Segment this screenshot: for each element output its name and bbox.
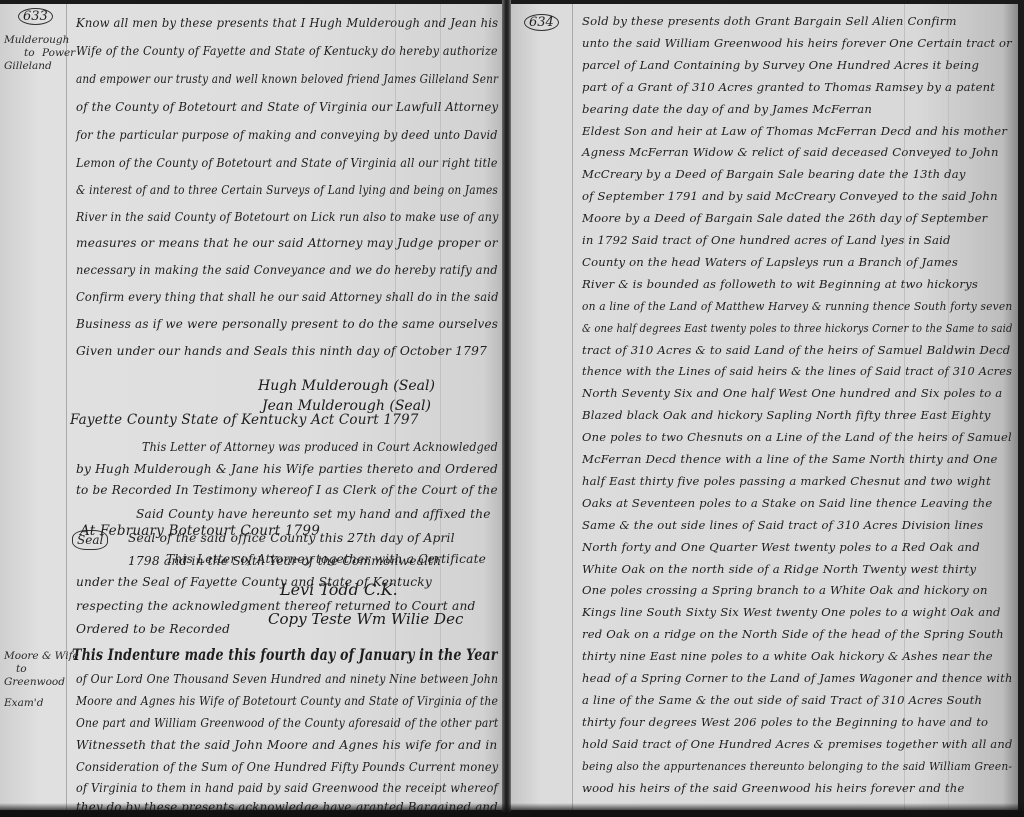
- text-line: Agness McFerran Widow & relict of said d…: [582, 145, 999, 159]
- text-line: McCreary by a Deed of Bargain Sale beari…: [582, 167, 966, 181]
- text-line: County on the head Waters of Lapsleys ru…: [582, 255, 958, 269]
- text-line: Sold by these presents doth Grant Bargai…: [582, 14, 957, 28]
- text-line: by Hugh Mulderough & Jane his Wife parti…: [76, 462, 498, 476]
- text-line: thirty nine East nine poles to a white O…: [582, 649, 993, 663]
- text-line: White Oak on the north side of a Ridge N…: [582, 562, 976, 576]
- text-line: being also the appurtenances thereunto b…: [582, 759, 1012, 773]
- text-line: This Letter of Attorney was produced in …: [142, 440, 498, 454]
- column-rule: [440, 4, 441, 810]
- text-line: red Oak on a ridge on the North Side of …: [582, 627, 1004, 641]
- text-line: and empower our trusty and well known be…: [76, 72, 498, 86]
- text-line: One part and William Greenwood of the Co…: [76, 716, 498, 730]
- text-line: hold Said tract of One Hundred Acres & p…: [582, 737, 1013, 751]
- text-line: & one half degrees East twenty poles to …: [582, 321, 1013, 335]
- text-line: North Seventy Six and One half West One …: [582, 386, 1002, 400]
- text-line: tract of 310 Acres & to said Land of the…: [582, 343, 1010, 357]
- text-line: of the County of Botetourt and State of …: [76, 100, 498, 114]
- text-line: head of a Spring Corner to the Land of J…: [582, 671, 1013, 685]
- text-line: Witnesseth that the said John Moore and …: [76, 738, 497, 752]
- text-line: parcel of Land Containing by Survey One …: [582, 58, 979, 72]
- margin-note-power-of-attorney: Mulderough to Power Gilleland: [4, 34, 75, 73]
- margin-note-line: Mulderough: [4, 34, 75, 47]
- text-line: Lemon of the County of Botetourt and Sta…: [76, 156, 498, 170]
- margin-note-line: Greenwood: [4, 676, 79, 689]
- signature-hugh: Hugh Mulderough (Seal): [258, 378, 435, 394]
- text-line: River in the said County of Botetourt on…: [76, 210, 499, 224]
- text-line: of Virginia to them in hand paid by said…: [76, 781, 498, 795]
- margin-note-line: Gilleland: [4, 60, 75, 73]
- court-heading: At February Botetourt Court 1799: [80, 523, 320, 539]
- text-line: Consideration of the Sum of One Hundred …: [76, 760, 498, 774]
- text-line: Kings line South Sixty Six West twenty O…: [582, 605, 1001, 619]
- text-line: half East thirty five poles passing a ma…: [582, 474, 991, 488]
- text-line: a line of the Same & the out side of sai…: [582, 693, 982, 707]
- text-line: bearing date the day of and by James McF…: [582, 102, 872, 116]
- text-line: wood his heirs of the said Greenwood his…: [582, 781, 965, 795]
- text-line: One poles to two Chesnuts on a Line of t…: [582, 430, 1012, 444]
- left-ledger-page: 633 Mulderough to Power Gilleland Moore …: [0, 4, 503, 810]
- text-line: of September 1791 and by said McCreary C…: [582, 189, 998, 203]
- certificate-heading: Fayette County State of Kentucky Act Cou…: [70, 412, 419, 428]
- book-gutter: [502, 0, 511, 817]
- text-line: measures or means that he our said Attor…: [76, 236, 498, 250]
- text-line: McFerran Decd thence with a line of the …: [582, 452, 998, 466]
- margin-note-line: to: [4, 663, 79, 676]
- text-line: Ordered to be Recorded: [76, 622, 230, 636]
- text-line: One poles crossing a Spring branch to a …: [582, 583, 988, 597]
- text-line: Blazed black Oak and hickory Sapling Nor…: [582, 408, 991, 422]
- text-line: on a line of the Land of Matthew Harvey …: [582, 299, 1012, 313]
- text-line: Said County have hereunto set my hand an…: [136, 507, 491, 521]
- text-line: Know all men by these presents that I Hu…: [76, 16, 498, 30]
- text-line: Moore by a Deed of Bargain Sale dated th…: [582, 211, 987, 225]
- text-line: necessary in making the said Conveyance …: [76, 263, 498, 277]
- text-line: under the Seal of Fayette County and Sta…: [76, 575, 432, 589]
- text-line: River & is bounded as followeth to wit B…: [582, 277, 978, 291]
- text-line: thence with the Lines of said heirs & th…: [582, 364, 1012, 378]
- text-line: to be Recorded In Testimony whereof I as…: [76, 483, 498, 497]
- margin-note-line: Exam'd: [4, 697, 79, 710]
- page-number: 634: [524, 14, 559, 31]
- text-line: Given under our hands and Seals this nin…: [76, 344, 487, 358]
- copy-teste-signature: Copy Teste Wm Wilie Dec: [268, 610, 463, 628]
- text-line: of Our Lord One Thousand Seven Hundred a…: [76, 672, 498, 686]
- margin-note-line: Moore & Wife: [4, 650, 79, 663]
- text-line: Eldest Son and heir at Law of Thomas McF…: [582, 124, 1007, 138]
- text-line: Oaks at Seventeen poles to a Stake on Sa…: [582, 496, 992, 510]
- text-line: in 1792 Said tract of One hundred acres …: [582, 233, 951, 247]
- text-line: part of a Grant of 310 Acres granted to …: [582, 80, 995, 94]
- text-line: Wife of the County of Fayette and State …: [76, 44, 498, 58]
- margin-note-deed: Moore & Wife to Greenwood Exam'd: [4, 650, 79, 710]
- indenture-heading: This Indenture made this fourth day of J…: [72, 645, 498, 664]
- text-line: North forty and One Quarter West twenty …: [582, 540, 980, 554]
- text-line: Same & the out side lines of Said tract …: [582, 518, 983, 532]
- text-line: Business as if we were personally presen…: [76, 317, 498, 331]
- scan-edge-shadow: [0, 803, 1024, 817]
- text-line: & interest of and to three Certain Surve…: [76, 183, 498, 197]
- text-line: This Letter of Attorney together with a …: [166, 552, 486, 566]
- text-line: thirty four degrees West 206 poles to th…: [582, 715, 988, 729]
- page-number: 633: [18, 8, 53, 25]
- text-line: unto the said William Greenwood his heir…: [582, 36, 1012, 50]
- text-line: Moore and Agnes his Wife of Botetourt Co…: [76, 694, 498, 708]
- margin-rule: [572, 4, 573, 810]
- text-line: Confirm every thing that shall he our sa…: [76, 290, 499, 304]
- text-line: for the particular purpose of making and…: [76, 128, 498, 142]
